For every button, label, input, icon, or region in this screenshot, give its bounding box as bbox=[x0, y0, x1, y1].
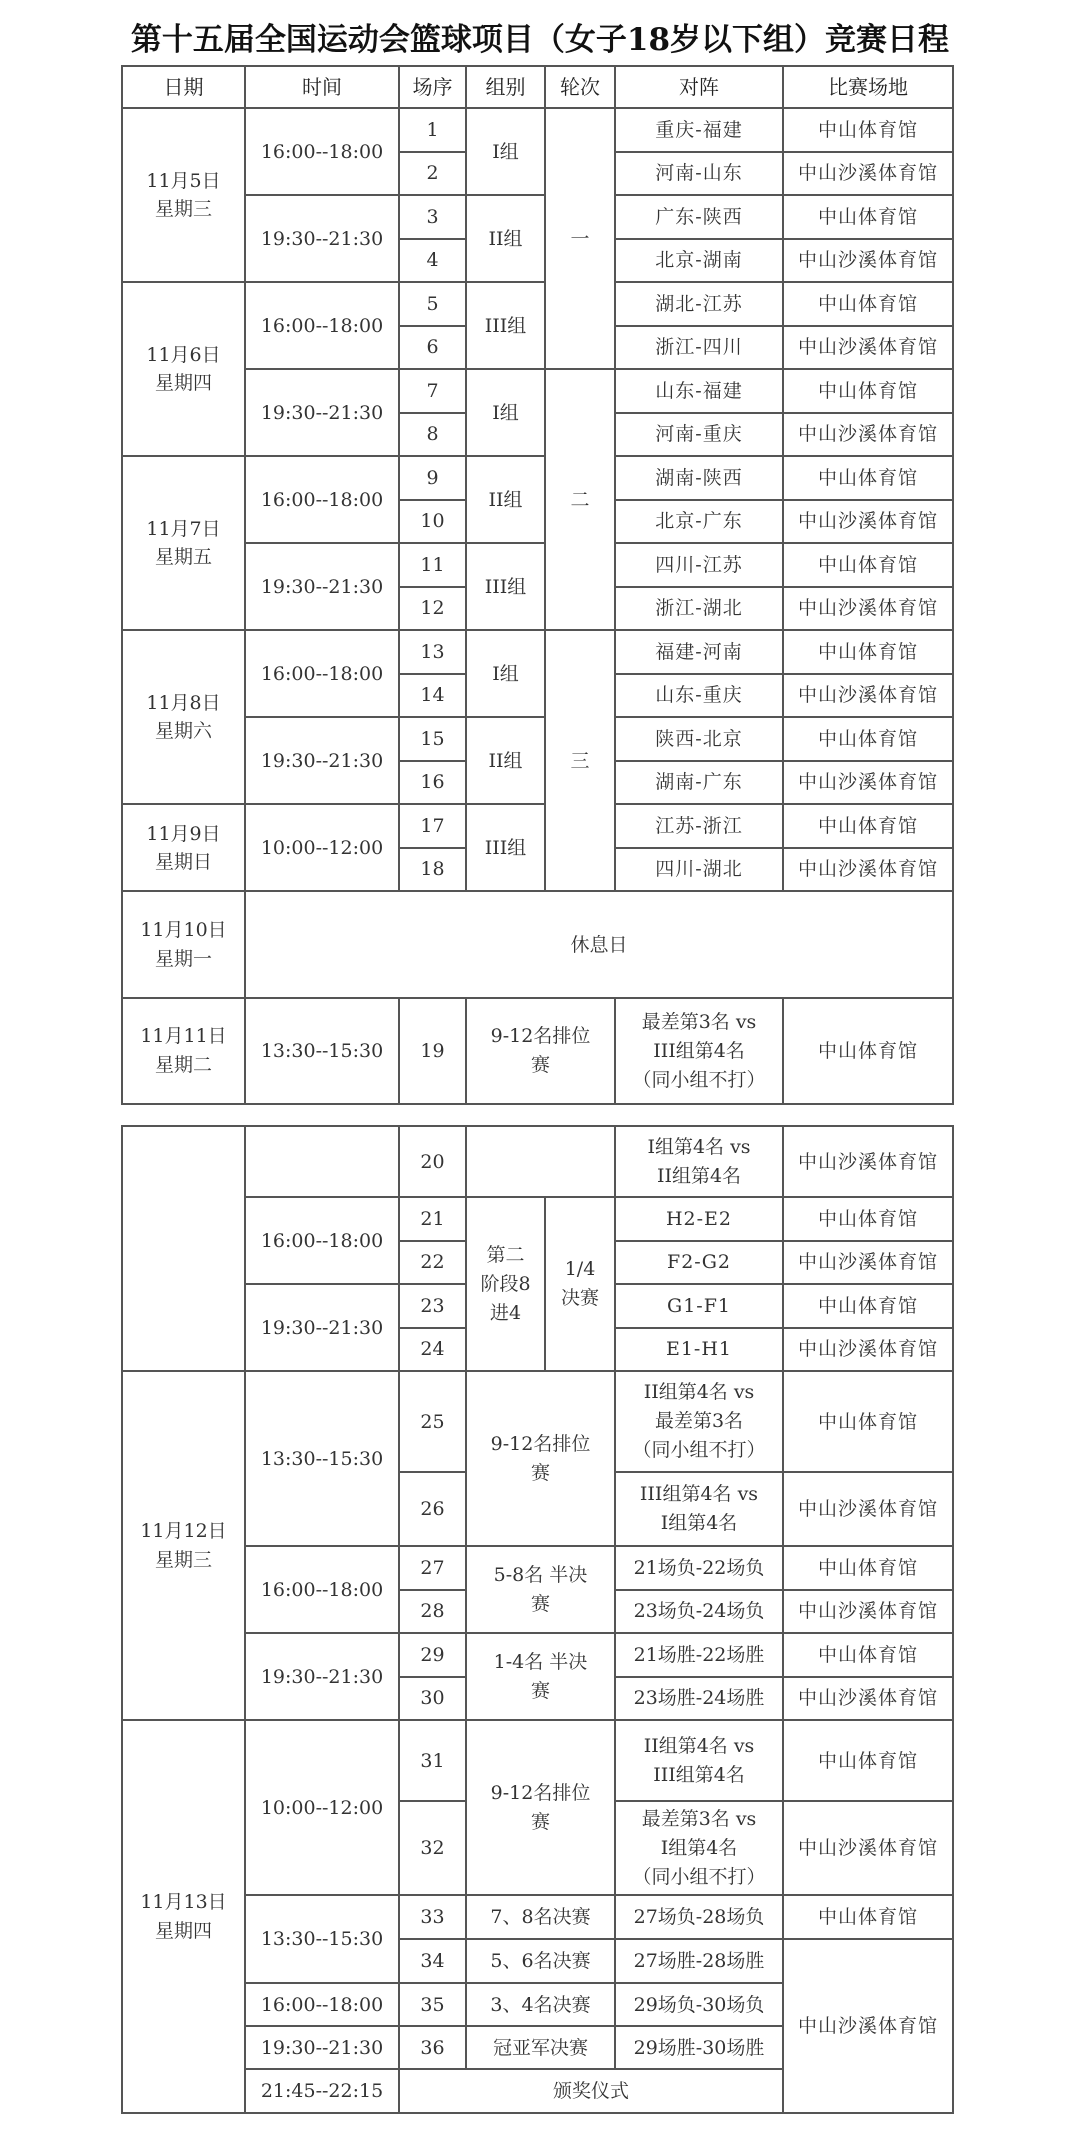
header-group: 组别 bbox=[466, 66, 545, 108]
match-cell: 陕西-北京 bbox=[615, 717, 783, 761]
match-cell: H2-E2 bbox=[615, 1197, 783, 1241]
stage-cell: 5、6名决赛 bbox=[466, 1939, 615, 1983]
time-cell: 13:30--15:30 bbox=[245, 1371, 399, 1546]
table-row: 16:00--18:00 21 第二阶段8进4 1/4决赛 H2-E2 中山体育… bbox=[122, 1197, 953, 1241]
venue-cell: 中山体育馆 bbox=[783, 804, 953, 848]
table-row: 11月6日星期四 16:00--18:00 5 III组 湖北-江苏 中山体育馆 bbox=[122, 282, 953, 326]
table-row: 19:30--21:30 11 III组 四川-江苏 中山体育馆 bbox=[122, 543, 953, 587]
table-row: 19:30--21:30 15 II组 陕西-北京 中山体育馆 bbox=[122, 717, 953, 761]
round-cell: 1/4决赛 bbox=[545, 1197, 615, 1371]
venue-cell: 中山沙溪体育馆 bbox=[783, 1590, 953, 1634]
date-cell: 11月8日星期六 bbox=[122, 630, 245, 804]
game-no: 4 bbox=[399, 239, 466, 283]
time-cell: 19:30--21:30 bbox=[245, 543, 399, 630]
table-row: 11月5日星期三 16:00--18:00 1 I组 一 重庆-福建 中山体育馆 bbox=[122, 108, 953, 152]
stage-cell: 冠亚军决赛 bbox=[466, 2026, 615, 2069]
game-no: 11 bbox=[399, 543, 466, 587]
match-cell: 湖南-广东 bbox=[615, 761, 783, 805]
game-no: 25 bbox=[399, 1371, 466, 1472]
table-row: 11月13日星期四 10:00--12:00 31 9-12名排位赛 II组第4… bbox=[122, 1720, 953, 1801]
venue-cell: 中山体育馆 bbox=[783, 369, 953, 413]
game-no: 33 bbox=[399, 1895, 466, 1939]
header-date: 日期 bbox=[122, 66, 245, 108]
group-cell: I组 bbox=[466, 108, 545, 195]
game-no: 27 bbox=[399, 1546, 466, 1590]
group-cell: III组 bbox=[466, 282, 545, 369]
date-cell: 11月5日星期三 bbox=[122, 108, 245, 282]
table-row: 16:00--18:00 27 5-8名 半决赛 21场负-22场负 中山体育馆 bbox=[122, 1546, 953, 1590]
stage-cell: 第二阶段8进4 bbox=[466, 1197, 545, 1371]
header-match: 对阵 bbox=[615, 66, 783, 108]
game-no: 21 bbox=[399, 1197, 466, 1241]
match-cell: 21场胜-22场胜 bbox=[615, 1633, 783, 1677]
venue-cell: 中山体育馆 bbox=[783, 108, 953, 152]
table-row: 11月8日星期六 16:00--18:00 13 I组 三 福建-河南 中山体育… bbox=[122, 630, 953, 674]
match-cell: 河南-山东 bbox=[615, 152, 783, 196]
venue-cell: 中山沙溪体育馆 bbox=[783, 413, 953, 457]
venue-cell: 中山沙溪体育馆 bbox=[783, 500, 953, 544]
game-no: 26 bbox=[399, 1472, 466, 1546]
game-no: 18 bbox=[399, 848, 466, 892]
venue-cell: 中山体育馆 bbox=[783, 630, 953, 674]
time-cell: 19:30--21:30 bbox=[245, 717, 399, 804]
venue-cell: 中山沙溪体育馆 bbox=[783, 848, 953, 892]
venue-cell: 中山体育馆 bbox=[783, 1197, 953, 1241]
rest-day-row: 11月10日星期一 休息日 bbox=[122, 891, 953, 998]
match-cell: 27场负-28场负 bbox=[615, 1895, 783, 1939]
game-no: 9 bbox=[399, 456, 466, 500]
game-no: 19 bbox=[399, 998, 466, 1104]
time-cell-empty bbox=[245, 1126, 399, 1197]
date-cell: 11月10日星期一 bbox=[122, 891, 245, 998]
match-cell: 浙江-湖北 bbox=[615, 587, 783, 631]
round-cell: 二 bbox=[545, 369, 615, 630]
venue-cell: 中山体育馆 bbox=[783, 456, 953, 500]
game-no: 30 bbox=[399, 1677, 466, 1721]
game-no: 13 bbox=[399, 630, 466, 674]
game-no: 12 bbox=[399, 587, 466, 631]
match-cell: 29场胜-30场胜 bbox=[615, 2026, 783, 2069]
game-no: 8 bbox=[399, 413, 466, 457]
schedule-table-part1: 日期 时间 场序 组别 轮次 对阵 比赛场地 11月5日星期三 16:00--1… bbox=[121, 65, 954, 1105]
time-cell: 10:00--12:00 bbox=[245, 1720, 399, 1895]
date-cell: 11月6日星期四 bbox=[122, 282, 245, 456]
table-row: 20 I组第4名 vsII组第4名 中山沙溪体育馆 bbox=[122, 1126, 953, 1197]
venue-cell: 中山沙溪体育馆 bbox=[783, 1801, 953, 1895]
match-cell: III组第4名 vsI组第4名 bbox=[615, 1472, 783, 1546]
match-cell: 山东-福建 bbox=[615, 369, 783, 413]
time-cell: 13:30--15:30 bbox=[245, 1895, 399, 1983]
game-no: 35 bbox=[399, 1983, 466, 2026]
game-no: 17 bbox=[399, 804, 466, 848]
game-no: 16 bbox=[399, 761, 466, 805]
date-cell-empty bbox=[122, 1126, 245, 1371]
match-cell: 山东-重庆 bbox=[615, 674, 783, 718]
venue-cell: 中山沙溪体育馆 bbox=[783, 1472, 953, 1546]
table-row: 13:30--15:30 33 7、8名决赛 27场负-28场负 中山体育馆 bbox=[122, 1895, 953, 1939]
game-no: 6 bbox=[399, 326, 466, 370]
header-round: 轮次 bbox=[545, 66, 615, 108]
rest-day-label: 休息日 bbox=[245, 891, 953, 998]
venue-cell: 中山沙溪体育馆 bbox=[783, 761, 953, 805]
game-no: 28 bbox=[399, 1590, 466, 1634]
match-cell: 四川-江苏 bbox=[615, 543, 783, 587]
match-cell: 江苏-浙江 bbox=[615, 804, 783, 848]
venue-cell: 中山体育馆 bbox=[783, 282, 953, 326]
date-cell: 11月12日星期三 bbox=[122, 1371, 245, 1720]
match-cell: 四川-湖北 bbox=[615, 848, 783, 892]
time-cell: 10:00--12:00 bbox=[245, 804, 399, 891]
match-cell: 广东-陕西 bbox=[615, 195, 783, 239]
table-row: 11月9日星期日 10:00--12:00 17 III组 江苏-浙江 中山体育… bbox=[122, 804, 953, 848]
stage-cell: 5-8名 半决赛 bbox=[466, 1546, 615, 1633]
stage-cell: 9-12名排位赛 bbox=[466, 1720, 615, 1895]
match-cell: 23场胜-24场胜 bbox=[615, 1677, 783, 1721]
table-row: 11月11日星期二 13:30--15:30 19 9-12名排位赛 最差第3名… bbox=[122, 998, 953, 1104]
venue-cell: 中山沙溪体育馆 bbox=[783, 674, 953, 718]
match-cell: 福建-河南 bbox=[615, 630, 783, 674]
date-cell: 11月9日星期日 bbox=[122, 804, 245, 891]
venue-cell: 中山体育馆 bbox=[783, 1633, 953, 1677]
stage-cell: 7、8名决赛 bbox=[466, 1895, 615, 1939]
date-cell: 11月7日星期五 bbox=[122, 456, 245, 630]
time-cell: 16:00--18:00 bbox=[245, 456, 399, 543]
venue-cell: 中山沙溪体育馆 bbox=[783, 152, 953, 196]
match-cell: E1-H1 bbox=[615, 1328, 783, 1372]
match-cell: 北京-湖南 bbox=[615, 239, 783, 283]
header-row: 日期 时间 场序 组别 轮次 对阵 比赛场地 bbox=[122, 66, 953, 108]
venue-cell: 中山沙溪体育馆 bbox=[783, 1328, 953, 1372]
stage-cell: 3、4名决赛 bbox=[466, 1983, 615, 2026]
group-cell: III组 bbox=[466, 543, 545, 630]
venue-cell: 中山体育馆 bbox=[783, 1720, 953, 1801]
time-cell: 19:30--21:30 bbox=[245, 1284, 399, 1371]
table-row: 11月7日星期五 16:00--18:00 9 II组 湖南-陕西 中山体育馆 bbox=[122, 456, 953, 500]
time-cell: 19:30--21:30 bbox=[245, 1633, 399, 1720]
venue-cell: 中山体育馆 bbox=[783, 1371, 953, 1472]
match-cell: 重庆-福建 bbox=[615, 108, 783, 152]
game-no: 32 bbox=[399, 1801, 466, 1895]
stage-cell-empty bbox=[466, 1126, 615, 1197]
match-cell: 湖北-江苏 bbox=[615, 282, 783, 326]
match-cell: 河南-重庆 bbox=[615, 413, 783, 457]
time-cell: 16:00--18:00 bbox=[245, 1197, 399, 1284]
group-cell: I组 bbox=[466, 369, 545, 456]
stage-cell: 9-12名排位赛 bbox=[466, 1371, 615, 1546]
table-row: 19:30--21:30 3 II组 广东-陕西 中山体育馆 bbox=[122, 195, 953, 239]
match-cell: II组第4名 vsIII组第4名 bbox=[615, 1720, 783, 1801]
date-cell: 11月13日星期四 bbox=[122, 1720, 245, 2113]
venue-cell: 中山沙溪体育馆 bbox=[783, 326, 953, 370]
venue-cell: 中山体育馆 bbox=[783, 543, 953, 587]
game-no: 5 bbox=[399, 282, 466, 326]
table-row: 19:30--21:30 29 1-4名 半决赛 21场胜-22场胜 中山体育馆 bbox=[122, 1633, 953, 1677]
round-cell: 一 bbox=[545, 108, 615, 369]
schedule-table-part2: 20 I组第4名 vsII组第4名 中山沙溪体育馆 16:00--18:00 2… bbox=[121, 1125, 954, 2114]
time-cell: 21:45--22:15 bbox=[245, 2069, 399, 2113]
venue-cell: 中山体育馆 bbox=[783, 195, 953, 239]
venue-cell: 中山沙溪体育馆 bbox=[783, 1939, 953, 2113]
header-game-no: 场序 bbox=[399, 66, 466, 108]
venue-cell: 中山沙溪体育馆 bbox=[783, 1677, 953, 1721]
game-no: 23 bbox=[399, 1284, 466, 1328]
game-no: 3 bbox=[399, 195, 466, 239]
header-time: 时间 bbox=[245, 66, 399, 108]
match-cell: 北京-广东 bbox=[615, 500, 783, 544]
match-cell: 29场负-30场负 bbox=[615, 1983, 783, 2026]
match-cell: 最差第3名 vsI组第4名（同小组不打） bbox=[615, 1801, 783, 1895]
time-cell: 16:00--18:00 bbox=[245, 282, 399, 369]
venue-cell: 中山体育馆 bbox=[783, 1284, 953, 1328]
match-cell: F2-G2 bbox=[615, 1241, 783, 1285]
page-title: 第十五届全国运动会篮球项目（女子18岁以下组）竞赛日程 bbox=[0, 14, 1080, 59]
time-cell: 19:30--21:30 bbox=[245, 369, 399, 456]
game-no: 20 bbox=[399, 1126, 466, 1197]
game-no: 15 bbox=[399, 717, 466, 761]
game-no: 1 bbox=[399, 108, 466, 152]
match-cell: I组第4名 vsII组第4名 bbox=[615, 1126, 783, 1197]
round-cell: 三 bbox=[545, 630, 615, 891]
match-cell: 23场负-24场负 bbox=[615, 1590, 783, 1634]
match-cell: G1-F1 bbox=[615, 1284, 783, 1328]
match-cell: 27场胜-28场胜 bbox=[615, 1939, 783, 1983]
venue-cell: 中山沙溪体育馆 bbox=[783, 239, 953, 283]
ceremony-label: 颁奖仪式 bbox=[399, 2069, 783, 2113]
venue-cell: 中山体育馆 bbox=[783, 1546, 953, 1590]
group-cell: II组 bbox=[466, 717, 545, 804]
group-cell: I组 bbox=[466, 630, 545, 717]
game-no: 29 bbox=[399, 1633, 466, 1677]
game-no: 14 bbox=[399, 674, 466, 718]
game-no: 10 bbox=[399, 500, 466, 544]
match-cell: 浙江-四川 bbox=[615, 326, 783, 370]
game-no: 34 bbox=[399, 1939, 466, 1983]
venue-cell: 中山体育馆 bbox=[783, 717, 953, 761]
header-venue: 比赛场地 bbox=[783, 66, 953, 108]
game-no: 24 bbox=[399, 1328, 466, 1372]
table-row: 11月12日星期三 13:30--15:30 25 9-12名排位赛 II组第4… bbox=[122, 1371, 953, 1472]
match-cell: 湖南-陕西 bbox=[615, 456, 783, 500]
venue-cell: 中山沙溪体育馆 bbox=[783, 587, 953, 631]
game-no: 36 bbox=[399, 2026, 466, 2069]
time-cell: 16:00--18:00 bbox=[245, 630, 399, 717]
stage-cell: 9-12名排位赛 bbox=[466, 998, 615, 1104]
match-cell: II组第4名 vs最差第3名（同小组不打） bbox=[615, 1371, 783, 1472]
venue-cell: 中山沙溪体育馆 bbox=[783, 1241, 953, 1285]
group-cell: III组 bbox=[466, 804, 545, 891]
time-cell: 19:30--21:30 bbox=[245, 2026, 399, 2069]
game-no: 22 bbox=[399, 1241, 466, 1285]
group-cell: II组 bbox=[466, 456, 545, 543]
game-no: 7 bbox=[399, 369, 466, 413]
stage-cell: 1-4名 半决赛 bbox=[466, 1633, 615, 1720]
date-cell: 11月11日星期二 bbox=[122, 998, 245, 1104]
time-cell: 19:30--21:30 bbox=[245, 195, 399, 282]
time-cell: 16:00--18:00 bbox=[245, 108, 399, 195]
game-no: 2 bbox=[399, 152, 466, 196]
group-cell: II组 bbox=[466, 195, 545, 282]
venue-cell: 中山沙溪体育馆 bbox=[783, 1126, 953, 1197]
time-cell: 13:30--15:30 bbox=[245, 998, 399, 1104]
match-cell: 最差第3名 vsIII组第4名（同小组不打） bbox=[615, 998, 783, 1104]
match-cell: 21场负-22场负 bbox=[615, 1546, 783, 1590]
time-cell: 16:00--18:00 bbox=[245, 1983, 399, 2026]
table-row: 19:30--21:30 7 I组 二 山东-福建 中山体育馆 bbox=[122, 369, 953, 413]
time-cell: 16:00--18:00 bbox=[245, 1546, 399, 1633]
venue-cell: 中山体育馆 bbox=[783, 1895, 953, 1939]
game-no: 31 bbox=[399, 1720, 466, 1801]
venue-cell: 中山体育馆 bbox=[783, 998, 953, 1104]
